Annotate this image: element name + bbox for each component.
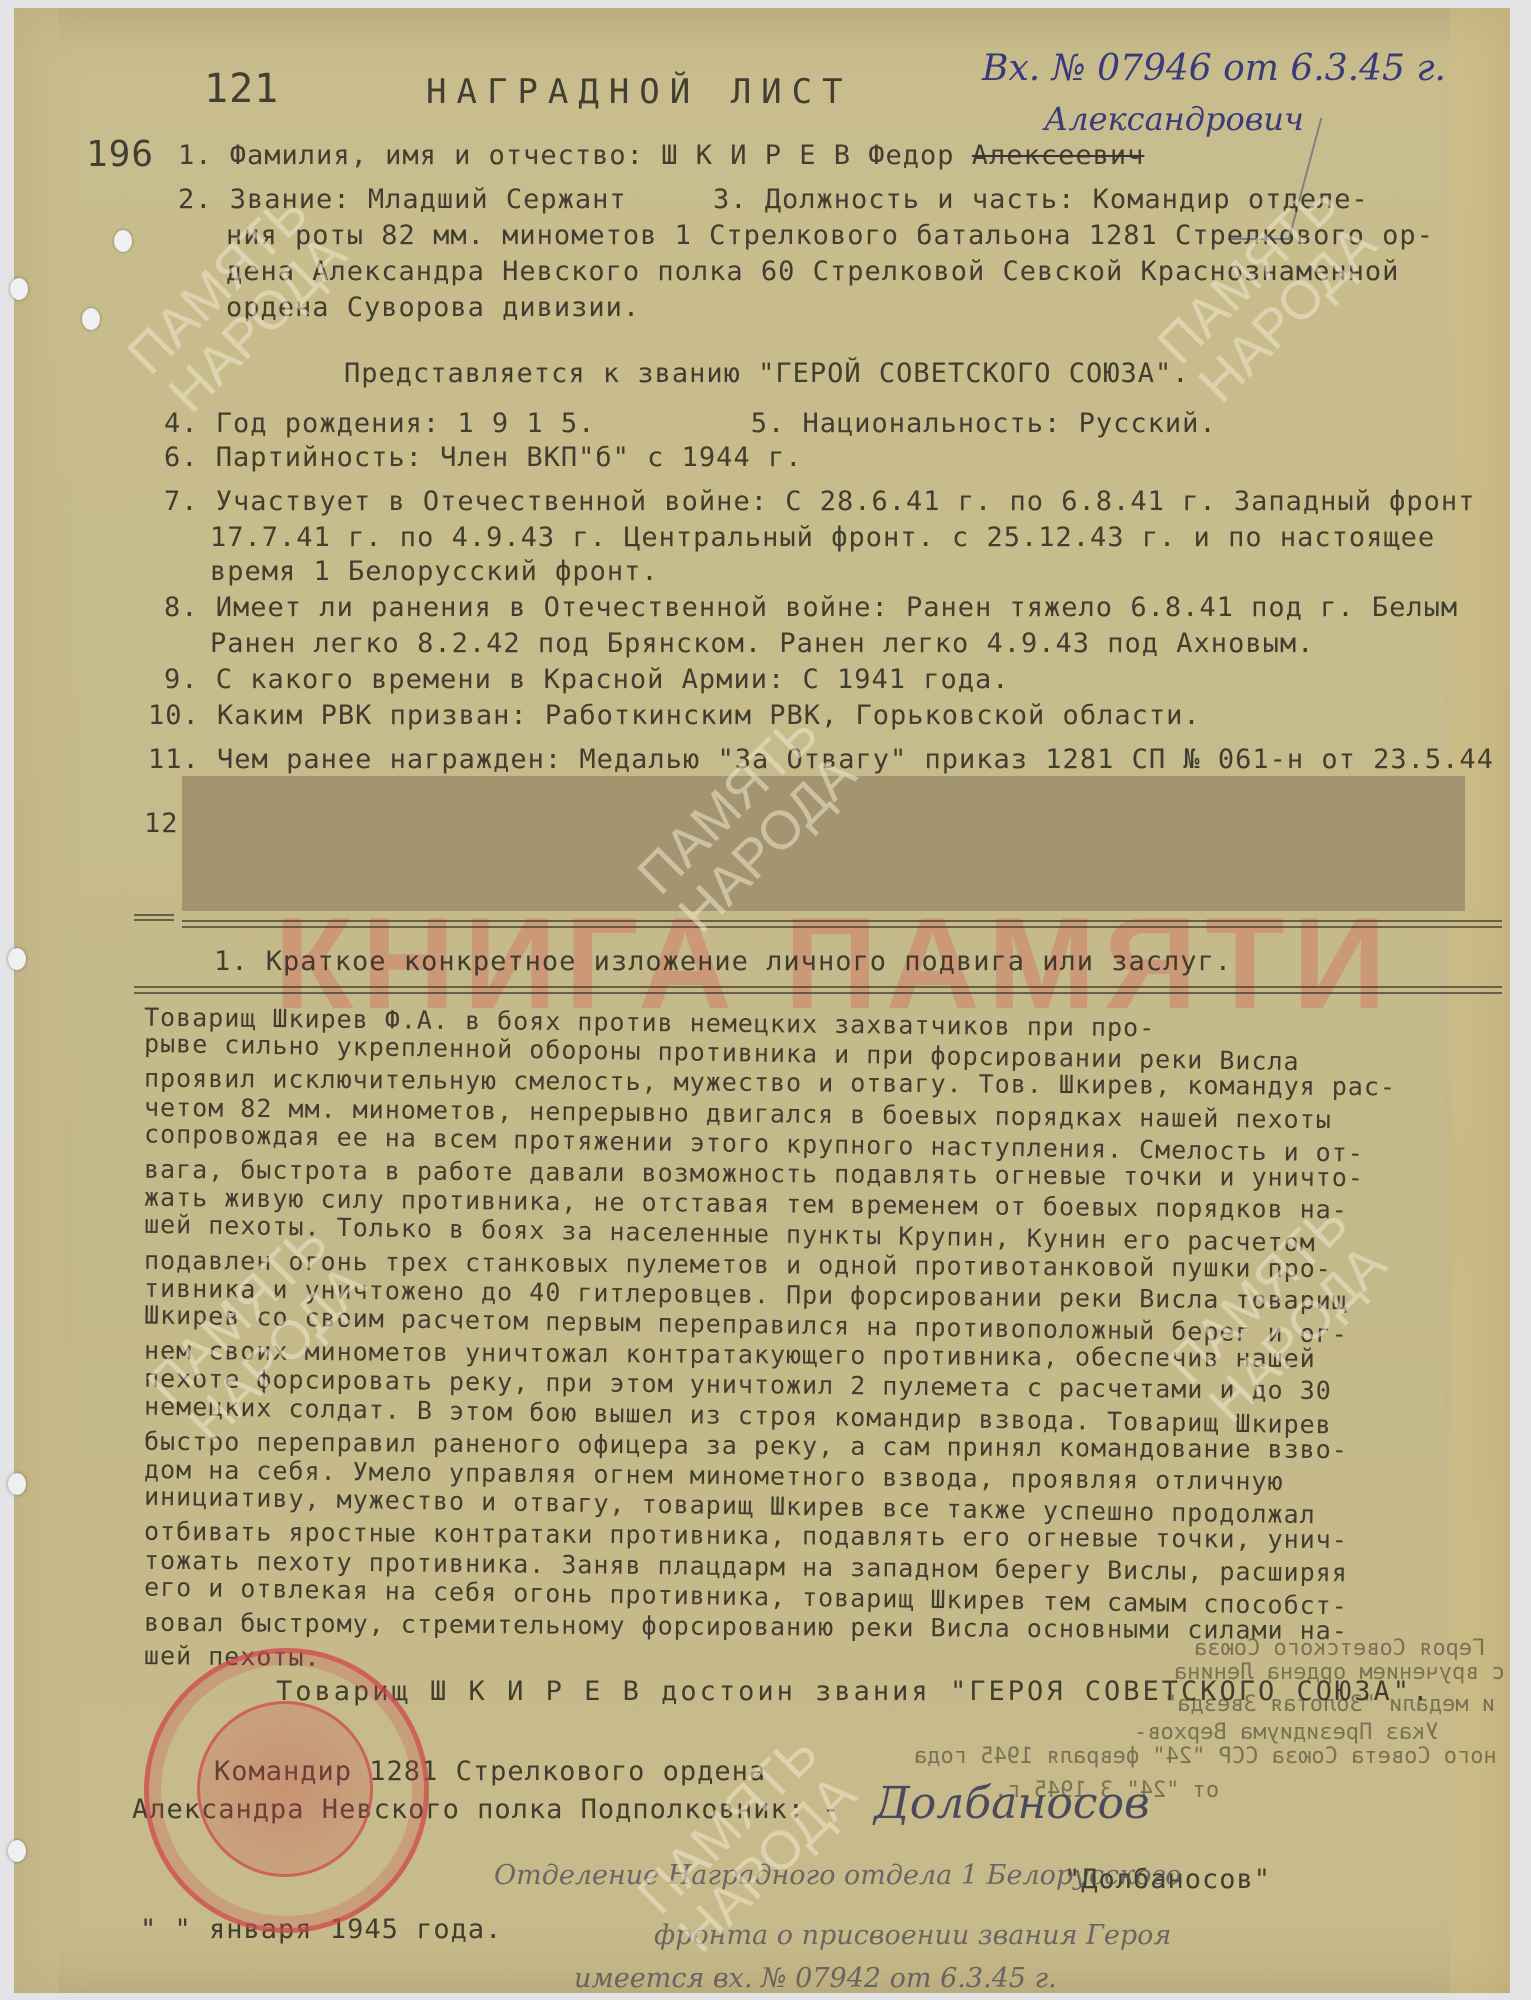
field-1: 1. Фамилия, имя и отчество: Ш К И Р Е В … — [178, 140, 1144, 171]
handwritten-note-1: Отделение Наградного отдела 1 Белорусско… — [494, 1860, 1181, 1891]
margin-number: 196 — [86, 134, 154, 175]
divider — [134, 986, 1502, 988]
divider — [134, 914, 174, 916]
document-title: НАГРАДНОЙ ЛИСТ — [426, 72, 853, 112]
field-2-3: 2. Звание: Младший Сержант 3. Должность … — [178, 184, 1369, 215]
punch-hole — [82, 308, 100, 330]
divider — [134, 919, 174, 921]
red-seal-stamp — [144, 1648, 429, 1933]
struck-patronymic: Алексеевич — [972, 140, 1145, 171]
signature: Долбаносов — [874, 1778, 1150, 1829]
punch-hole — [10, 278, 28, 300]
divider — [134, 992, 1502, 994]
bleed-through-line: Героя Советского Союза — [1194, 1636, 1485, 1661]
sheet-number: 121 — [204, 66, 279, 112]
item-6: 6. Партийность: Член ВКП"б" с 1944 г. — [164, 442, 802, 473]
nomination-line: Представляется к званию "ГЕРОЙ СОВЕТСКОГ… — [344, 358, 1190, 389]
punch-hole — [114, 230, 132, 252]
item-9: 9. С какого времени в Красной Армии: С 1… — [164, 664, 1010, 695]
coat-of-arms-emblem — [197, 1701, 373, 1877]
bleed-through-line: ного Совета Союза ССР "24" февраля 1945 … — [914, 1744, 1497, 1769]
item-4-5: 4. Год рождения: 1 9 1 5. 5. Национально… — [164, 408, 1217, 439]
item-8-cont: Ранен легко 8.2.42 под Брянском. Ранен л… — [210, 628, 1314, 659]
punch-hole — [8, 948, 26, 970]
incoming-registration-note: Вх. № 07946 от 6.3.45 г. — [982, 48, 1446, 89]
section-heading: 1. Краткое конкретное изложение личного … — [214, 946, 1232, 977]
divider — [182, 926, 1502, 928]
punch-hole — [8, 1840, 26, 1862]
conclusion-line: Товарищ Ш К И Р Е В достоин звания "ГЕРО… — [276, 1676, 1431, 1707]
bleed-through-line: Указ Президиума Верхов- — [1134, 1720, 1439, 1745]
item-10: 10. Каким РВК призван: Работкинским РВК,… — [148, 700, 1201, 731]
item-8: 8. Имеет ли ранения в Отечественной войн… — [164, 592, 1458, 623]
item-7-cont: время 1 Белорусский фронт. — [210, 556, 659, 587]
punch-hole — [8, 1473, 26, 1495]
handwritten-note-3: имеется вх. № 07942 от 6.3.45 г. — [574, 1963, 1057, 1994]
award-sheet-paper: КНИГА ПАМЯТИ 121 НАГРАДНОЙ ЛИСТ 196 Вх. … — [14, 8, 1510, 1993]
divider — [182, 920, 1502, 922]
item-7: 7. Участвует в Отечественной войне: С 28… — [164, 486, 1475, 517]
item-7-cont: 17.7.41 г. по 4.9.43 г. Центральный фрон… — [210, 522, 1435, 553]
